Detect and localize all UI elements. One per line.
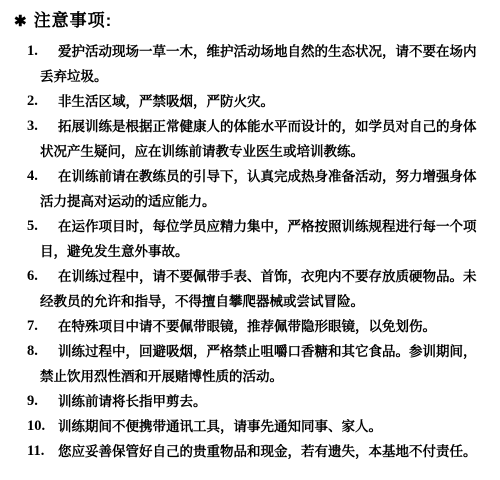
notice-list: 1.爱护活动现场一草一木，维护活动场地自然的生态状况，请不要在场内丢弃垃圾。2.… [0, 39, 500, 464]
item-line: 目，避免发生意外事故。 [0, 239, 500, 264]
item-line: 经教员的允许和指导，不得擅自攀爬器械或尝试冒险。 [0, 289, 500, 314]
list-item: 11.您应妥善保管好自己的贵重物品和现金，若有遗失，本基地不付责任。 [0, 439, 500, 464]
item-number: 2. [27, 89, 38, 114]
list-item: 4.在训练前请在教练员的引导下，认真完成热身准备活动，努力增强身体活力提高对运动… [0, 164, 500, 214]
item-number: 6. [27, 264, 38, 289]
item-line: 禁止饮用烈性酒和开展赌博性质的活动。 [0, 364, 500, 389]
item-line: 爱护活动现场一草一木，维护活动场地自然的生态状况，请不要在场内 [0, 39, 500, 64]
list-item: 2.非生活区域，严禁吸烟，严防火灾。 [0, 89, 500, 114]
item-number: 11. [27, 439, 44, 464]
item-line: 在运作项目时，每位学员应精力集中，严格按照训练规程进行每一个项 [0, 214, 500, 239]
item-number: 7. [27, 314, 38, 339]
item-number: 3. [27, 114, 38, 139]
item-number: 8. [27, 339, 38, 364]
list-item: 1.爱护活动现场一草一木，维护活动场地自然的生态状况，请不要在场内丢弃垃圾。 [0, 39, 500, 89]
item-line: 训练过程中，回避吸烟，严格禁止咀嚼口香糖和其它食品。参训期间， [0, 339, 500, 364]
list-item: 6.在训练过程中，请不要佩带手表、首饰，衣兜内不要存放质硬物品。未经教员的允许和… [0, 264, 500, 314]
item-line: 训练期间不便携带通讯工具，请事先通知同事、家人。 [0, 414, 500, 439]
item-line: 丢弃垃圾。 [0, 64, 500, 89]
item-line: 在特殊项目中请不要佩带眼镜，推荐佩带隐形眼镜，以免划伤。 [0, 314, 500, 339]
page-title: ✱注意事项: [0, 0, 500, 35]
item-line: 活力提高对运动的适应能力。 [0, 189, 500, 214]
asterisk-icon: ✱ [14, 13, 27, 30]
list-item: 10.训练期间不便携带通讯工具，请事先通知同事、家人。 [0, 414, 500, 439]
notice-document: ✱注意事项: 1.爱护活动现场一草一木，维护活动场地自然的生态状况，请不要在场内… [0, 0, 500, 480]
item-line: 状况产生疑问，应在训练前请教专业医生或培训教练。 [0, 139, 500, 164]
item-number: 9. [27, 389, 38, 414]
item-number: 4. [27, 164, 38, 189]
list-item: 8.训练过程中，回避吸烟，严格禁止咀嚼口香糖和其它食品。参训期间，禁止饮用烈性酒… [0, 339, 500, 389]
list-item: 3.拓展训练是根据正常健康人的体能水平而设计的，如学员对自己的身体状况产生疑问，… [0, 114, 500, 164]
item-number: 1. [27, 39, 38, 64]
item-line: 在训练过程中，请不要佩带手表、首饰，衣兜内不要存放质硬物品。未 [0, 264, 500, 289]
item-line: 拓展训练是根据正常健康人的体能水平而设计的，如学员对自己的身体 [0, 114, 500, 139]
item-line: 在训练前请在教练员的引导下，认真完成热身准备活动，努力增强身体 [0, 164, 500, 189]
item-line: 训练前请将长指甲剪去。 [0, 389, 500, 414]
item-number: 5. [27, 214, 38, 239]
list-item: 9.训练前请将长指甲剪去。 [0, 389, 500, 414]
list-item: 5.在运作项目时，每位学员应精力集中，严格按照训练规程进行每一个项目，避免发生意… [0, 214, 500, 264]
item-line: 您应妥善保管好自己的贵重物品和现金，若有遗失，本基地不付责任。 [0, 439, 500, 464]
item-line: 非生活区域，严禁吸烟，严防火灾。 [0, 89, 500, 114]
item-number: 10. [27, 414, 45, 439]
page-title-text: 注意事项: [34, 11, 113, 30]
list-item: 7.在特殊项目中请不要佩带眼镜，推荐佩带隐形眼镜，以免划伤。 [0, 314, 500, 339]
